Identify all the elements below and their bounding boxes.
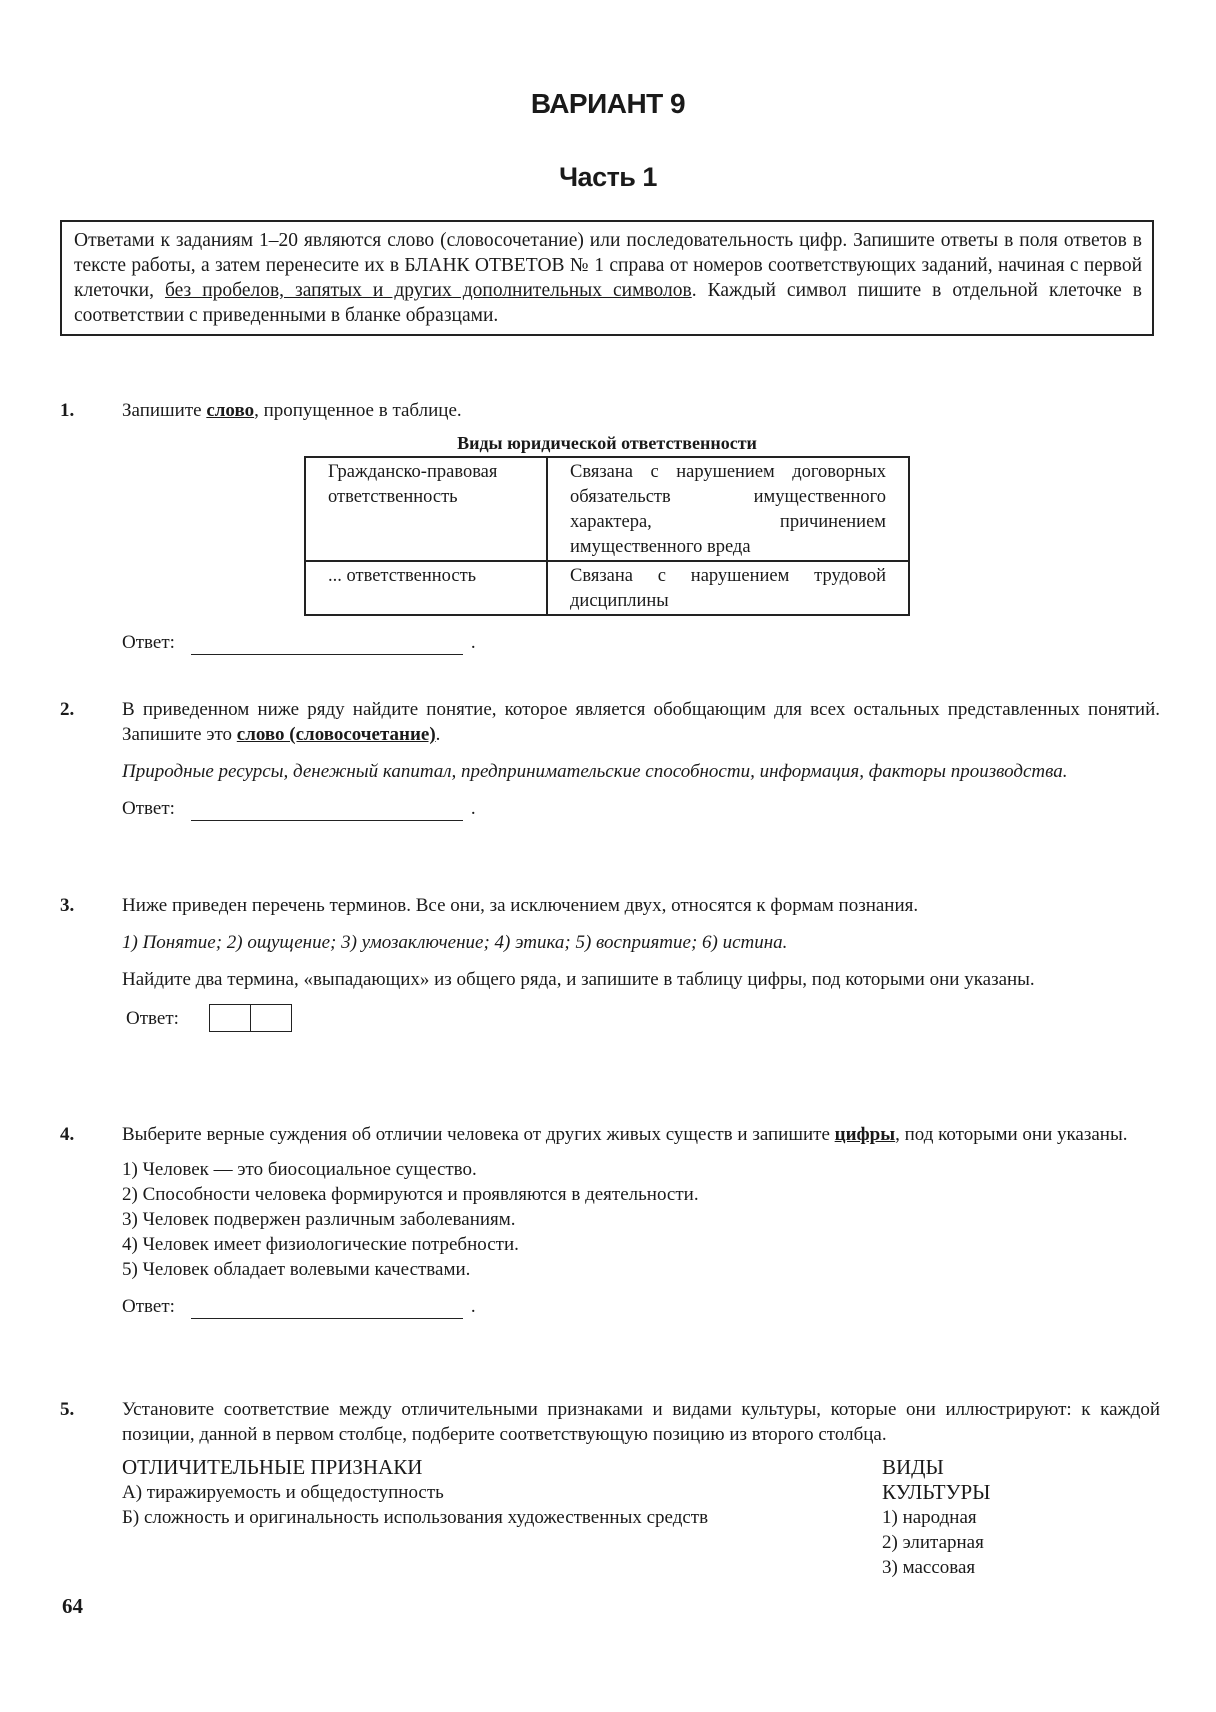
prompt-emphasis: цифры: [835, 1124, 895, 1145]
answer-label: Ответ:: [126, 1006, 179, 1031]
responsibility-table: Гражданско-правовая ответственность Связ…: [304, 456, 910, 616]
question-number: 5.: [60, 1397, 74, 1422]
table-cell-missing: ... ответственность: [305, 561, 547, 615]
prompt-text: Запишите: [122, 400, 206, 421]
feature-item: Б) сложность и оригинальность использова…: [122, 1505, 830, 1530]
instructions-box: Ответами к заданиям 1–20 являются слово …: [60, 220, 1154, 336]
option-item: 4) Человек имеет физиологические потребн…: [122, 1232, 1160, 1257]
options-list: 1) Человек — это биосоциальное существо.…: [122, 1157, 1160, 1282]
page-number: 64: [62, 1594, 83, 1619]
prompt-emphasis: слово: [206, 400, 254, 421]
prompt-text-end: , пропущенное в таблице.: [254, 400, 462, 421]
answer-field[interactable]: [191, 636, 463, 655]
terms-list: 1) Понятие; 2) ощущение; 3) умозаключени…: [122, 930, 1160, 955]
table-cell: Связана с нарушением трудовой дисциплины: [547, 561, 909, 615]
culture-type-item: 1) народная: [882, 1505, 1042, 1530]
task-text: Найдите два термина, «выпадающих» из общ…: [122, 967, 1160, 992]
prompt-text-end: , под которыми они указаны.: [895, 1124, 1127, 1145]
answer-row: Ответ: .: [122, 1294, 1160, 1319]
question-number: 2.: [60, 697, 74, 722]
answer-row: Ответ: .: [122, 630, 1160, 655]
answer-label: Ответ:: [122, 796, 175, 821]
answer-cells: [209, 1004, 292, 1032]
answer-period: .: [471, 630, 476, 655]
question-4: 4. Выберите верные суждения об отличии ч…: [60, 1122, 1160, 1319]
question-2: 2. В приведенном ниже ряду найдите понят…: [60, 697, 1160, 821]
question-number: 3.: [60, 893, 74, 918]
answer-label: Ответ:: [122, 1294, 175, 1319]
feature-item: А) тиражируемость и общедоступность: [122, 1480, 822, 1505]
culture-type-item: 2) элитарная: [882, 1530, 1042, 1555]
table-cell: Связана с нарушением договорных обязател…: [547, 457, 909, 561]
part-title: Часть 1: [0, 162, 1216, 193]
table-cell: Гражданско-правовая ответственность: [305, 457, 547, 561]
answer-period: .: [471, 796, 476, 821]
option-item: 1) Человек — это биосоциальное существо.: [122, 1157, 1160, 1182]
answer-cell-1[interactable]: [210, 1005, 250, 1031]
answer-label: Ответ:: [122, 630, 175, 655]
table-caption: Виды юридической ответственности: [304, 431, 910, 456]
answer-row: Ответ: .: [122, 796, 1160, 821]
concept-series: Природные ресурсы, денежный капитал, пре…: [122, 759, 1160, 784]
culture-type-item: 3) массовая: [882, 1555, 1042, 1580]
matching-columns: ОТЛИЧИТЕЛЬНЫЕ ПРИЗНАКИ А) тиражируемость…: [122, 1455, 1160, 1580]
table-row: ... ответственность Связана с нарушением…: [305, 561, 909, 615]
prompt-text: Установите соответствие между отличитель…: [122, 1397, 1160, 1447]
culture-types-header: ВИДЫ КУЛЬТУРЫ: [882, 1455, 1042, 1505]
table-row: Гражданско-правовая ответственность Связ…: [305, 457, 909, 561]
option-item: 5) Человек обладает волевыми качествами.: [122, 1257, 1160, 1282]
instructions-underlined: без пробелов, запятых и других дополните…: [165, 280, 692, 301]
question-number: 1.: [60, 398, 74, 423]
question-3: 3. Ниже приведен перечень терминов. Все …: [60, 893, 1160, 1032]
features-header: ОТЛИЧИТЕЛЬНЫЕ ПРИЗНАКИ: [122, 1455, 822, 1480]
answer-period: .: [471, 1294, 476, 1319]
answer-cell-2[interactable]: [250, 1005, 291, 1031]
answer-field[interactable]: [191, 1300, 463, 1319]
prompt-text: Ниже приведен перечень терминов. Все они…: [122, 893, 1160, 918]
prompt-emphasis: слово (словосочетание): [237, 724, 436, 745]
question-5: 5. Установите соответствие между отличит…: [60, 1397, 1160, 1580]
features-column: ОТЛИЧИТЕЛЬНЫЕ ПРИЗНАКИ А) тиражируемость…: [122, 1455, 822, 1580]
option-item: 2) Способности человека формируются и пр…: [122, 1182, 1160, 1207]
prompt-text: Выберите верные суждения об отличии чело…: [122, 1124, 835, 1145]
question-number: 4.: [60, 1122, 74, 1147]
question-1: 1. Запишите слово, пропущенное в таблице…: [60, 398, 1160, 655]
culture-types-column: ВИДЫ КУЛЬТУРЫ 1) народная 2) элитарная 3…: [882, 1455, 1042, 1580]
answer-row: Ответ:: [126, 1004, 1160, 1032]
responsibility-table-wrap: Виды юридической ответственности Граждан…: [304, 431, 910, 616]
answer-field[interactable]: [191, 802, 463, 821]
variant-title: ВАРИАНТ 9: [0, 88, 1216, 120]
option-item: 3) Человек подвержен различным заболеван…: [122, 1207, 1160, 1232]
prompt-text-end: .: [436, 724, 441, 745]
